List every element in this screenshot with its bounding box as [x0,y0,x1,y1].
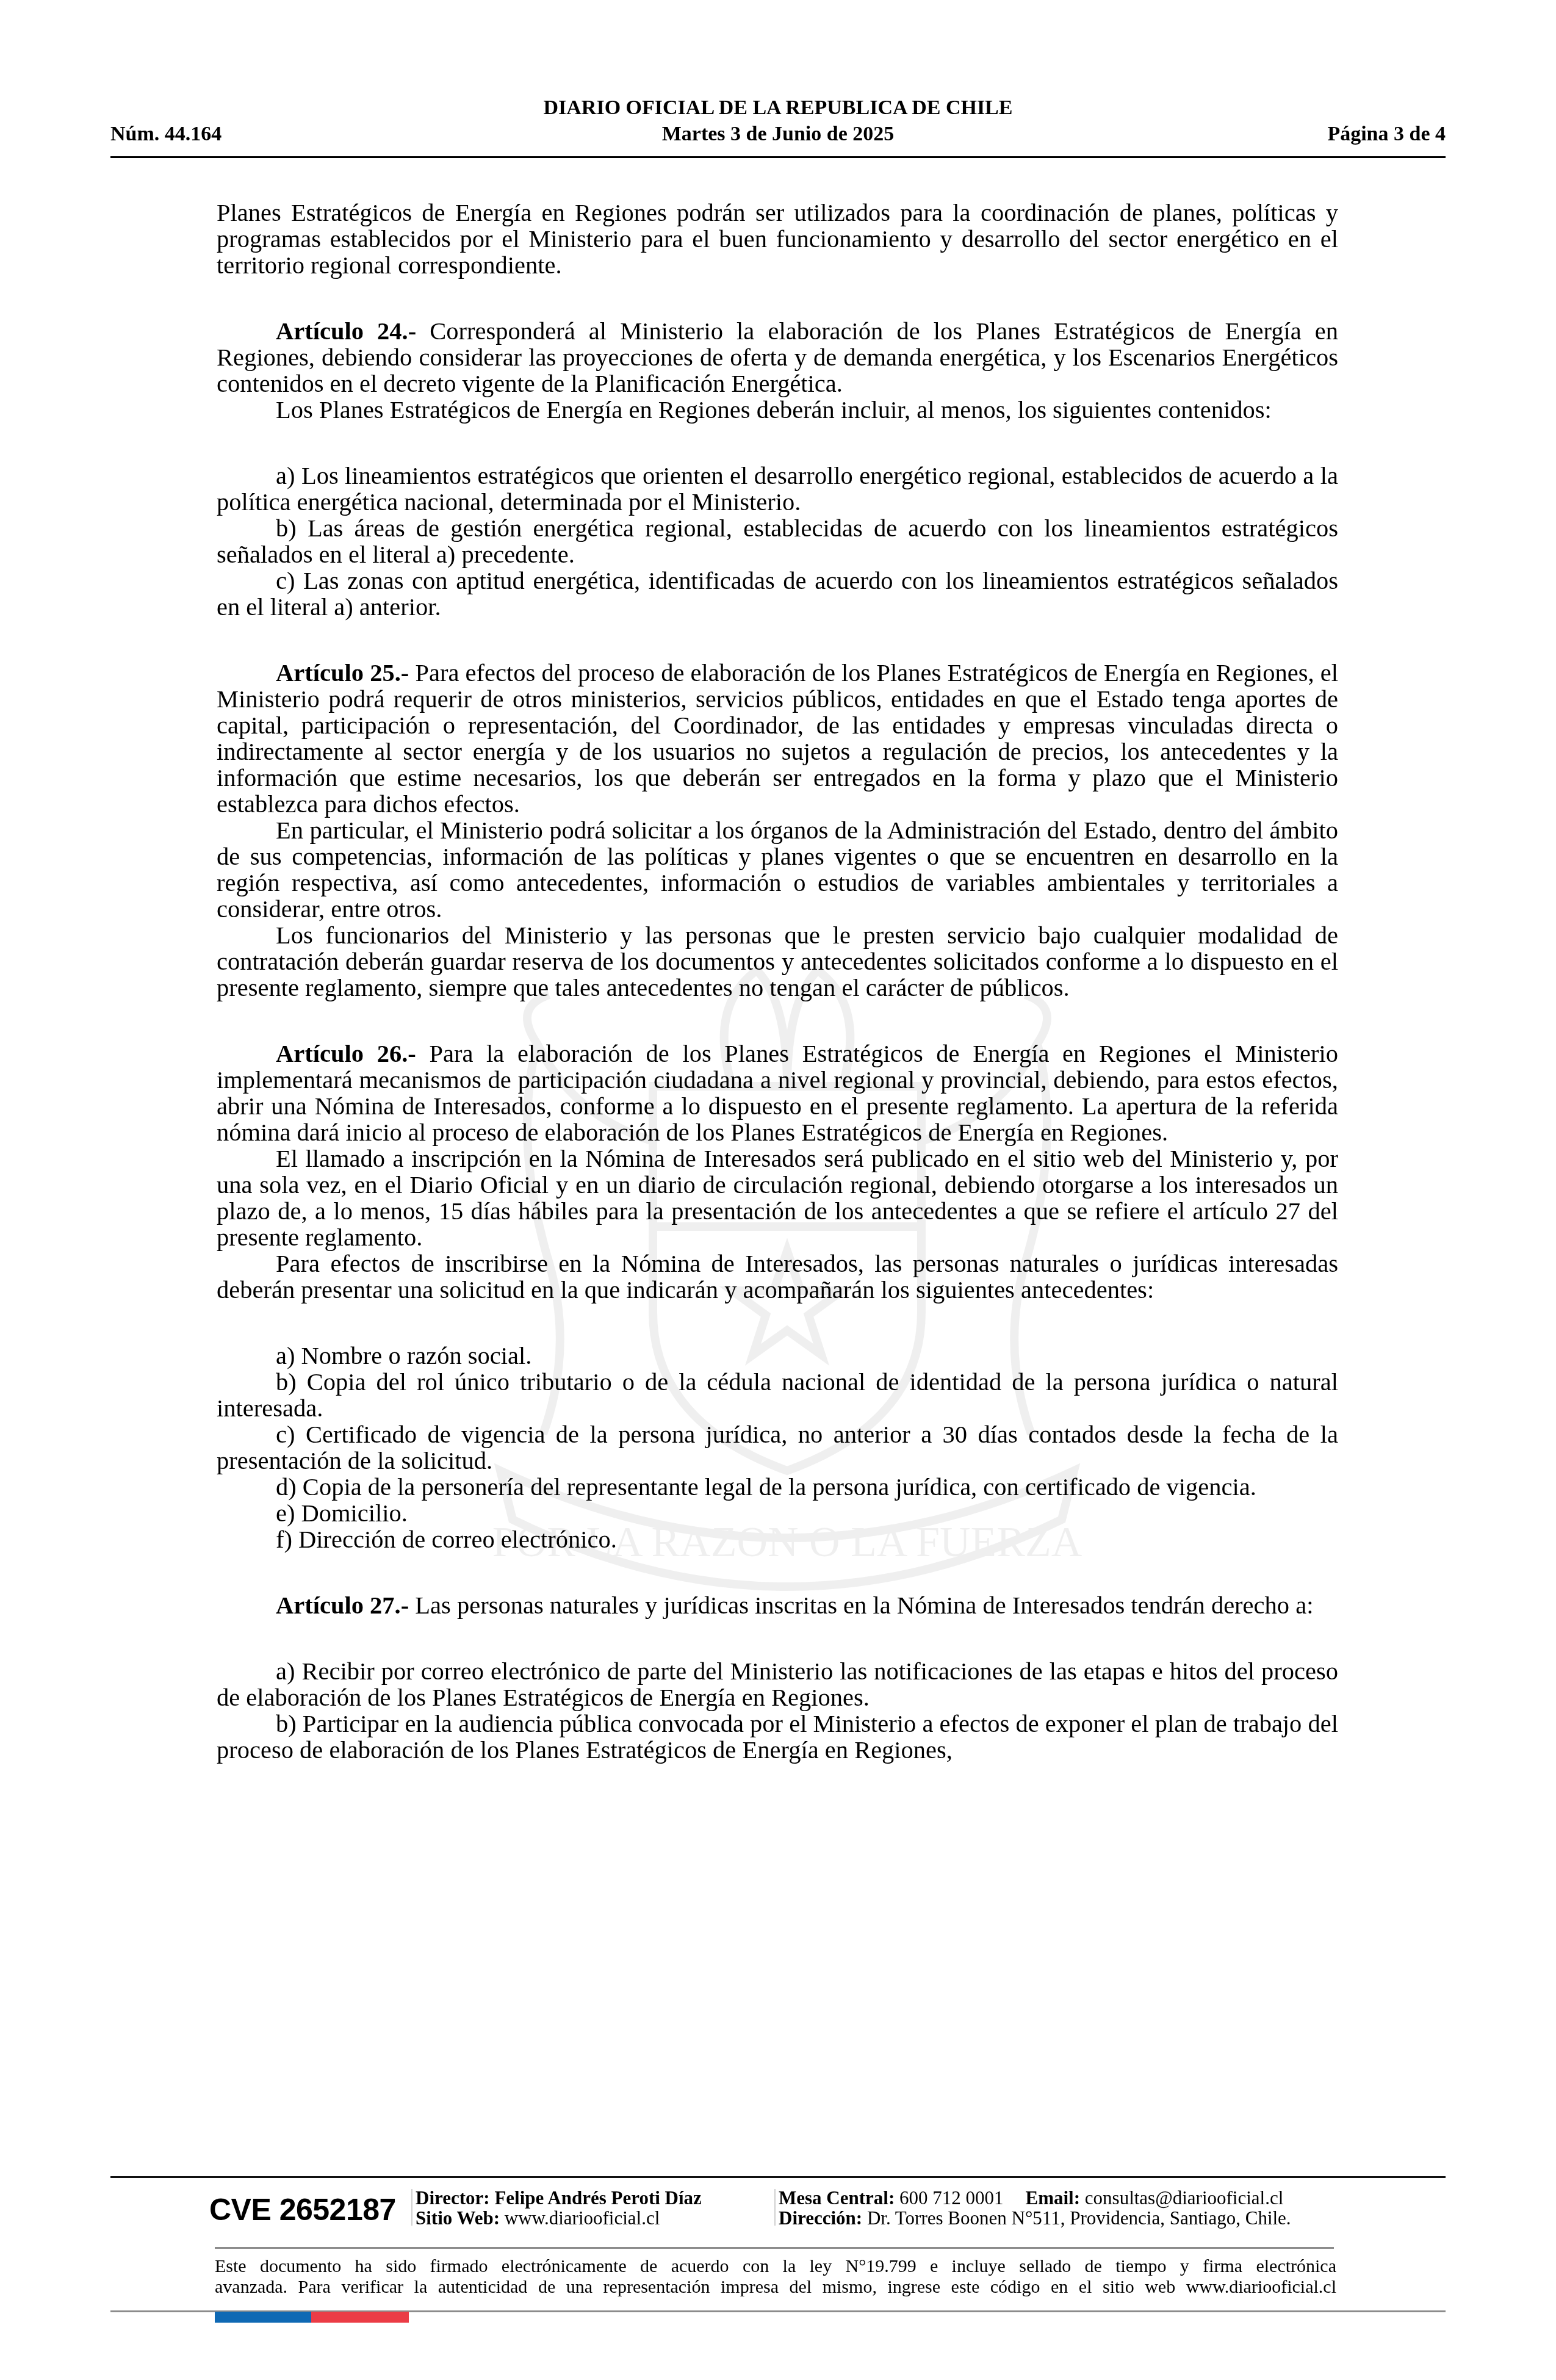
email-link[interactable]: consultas@diariooficial.cl [1080,2187,1283,2209]
article-26-item-d: d) Copia de la personería del representa… [217,1474,1338,1500]
article-24: Artículo 24.- Corresponderá al Ministeri… [217,318,1338,397]
paragraph-gap [217,278,1338,318]
article-26-paragraph-3: Para efectos de inscribirse en la Nómina… [217,1250,1338,1303]
article-24-item-c: c) Las zonas con aptitud energética, ide… [217,568,1338,620]
paragraph-gap [217,620,1338,660]
article-25-heading: Artículo 25.- [276,659,409,687]
article-24-item-a: a) Los lineamientos estratégicos que ori… [217,463,1338,515]
footer-divider-middle [215,2247,1334,2249]
email-label: Email: [1026,2187,1081,2209]
paragraph-gap [217,1303,1338,1343]
footer-director-block: Director: Felipe Andrés Peroti Díaz Siti… [416,2188,702,2228]
address-label: Dirección: [779,2207,862,2229]
article-26-item-b: b) Copia del rol único tributario o de l… [217,1369,1338,1421]
page-indicator: Página 3 de 4 [1327,122,1446,146]
newspaper-title: DIARIO OFICIAL DE LA REPUBLICA DE CHILE [0,96,1556,120]
flag-stripe-red-icon [311,2312,409,2323]
article-26-item-c: c) Certificado de vigencia de la persona… [217,1421,1338,1474]
director-name: Felipe Andrés Peroti Díaz [490,2187,702,2209]
phone-label: Mesa Central: [779,2187,895,2209]
article-26-item-a: a) Nombre o razón social. [217,1343,1338,1369]
article-24-paragraph-2: Los Planes Estratégicos de Energía en Re… [217,397,1338,423]
legal-line-2: avanzada. Para verificar la autenticidad… [215,2277,1336,2298]
website-link[interactable]: www.diariooficial.cl [500,2207,660,2229]
address-value: Dr. Torres Boonen N°511, Providencia, Sa… [862,2207,1291,2229]
article-25: Artículo 25.- Para efectos del proceso d… [217,660,1338,817]
cve-code: CVE 2652187 [209,2193,396,2227]
paragraph-gap [217,1001,1338,1040]
article-27-text: Las personas naturales y jurídicas inscr… [409,1592,1313,1619]
address-line: Dirección: Dr. Torres Boonen N°511, Prov… [779,2208,1291,2228]
article-26: Artículo 26.- Para la elaboración de los… [217,1040,1338,1145]
footer-divider-top [110,2176,1446,2178]
publication-date: Martes 3 de Junio de 2025 [0,122,1556,146]
paragraph-gap [217,1618,1338,1658]
article-27-item-b: b) Participar en la audiencia pública co… [217,1711,1338,1763]
article-25-paragraph-2: En particular, el Ministerio podrá solic… [217,817,1338,922]
director-label: Director: [416,2187,490,2209]
footer-contact-block: Mesa Central: 600 712 0001Email: consult… [779,2188,1291,2228]
contact-line: Mesa Central: 600 712 0001Email: consult… [779,2188,1291,2208]
paragraph-gap [217,1552,1338,1592]
article-26-item-f: f) Dirección de correo electrónico. [217,1526,1338,1552]
paragraph-gap [217,423,1338,463]
article-26-paragraph-2: El llamado a inscripción en la Nómina de… [217,1145,1338,1250]
header-divider [110,156,1446,158]
phone-number: 600 712 0001 [895,2187,1003,2209]
website-label: Sitio Web: [416,2207,500,2229]
intro-paragraph: Planes Estratégicos de Energía en Region… [217,200,1338,278]
director-line: Director: Felipe Andrés Peroti Díaz [416,2188,702,2208]
legal-line-1: Este documento ha sido firmado electróni… [215,2256,1336,2277]
article-24-item-b: b) Las áreas de gestión energética regio… [217,515,1338,568]
document-body: Planes Estratégicos de Energía en Region… [217,200,1338,1763]
article-27-item-a: a) Recibir por correo electrónico de par… [217,1658,1338,1711]
article-24-heading: Artículo 24.- [276,317,416,345]
electronic-signature-notice: Este documento ha sido firmado electróni… [215,2256,1336,2298]
footer-separator [411,2189,412,2226]
footer-separator [774,2189,776,2226]
article-26-heading: Artículo 26.- [276,1040,416,1067]
website-line: Sitio Web: www.diariooficial.cl [416,2208,702,2228]
article-27-heading: Artículo 27.- [276,1592,409,1619]
article-26-item-e: e) Domicilio. [217,1500,1338,1526]
flag-stripe-blue-icon [215,2312,311,2323]
article-27: Artículo 27.- Las personas naturales y j… [217,1592,1338,1618]
article-25-paragraph-3: Los funcionarios del Ministerio y las pe… [217,922,1338,1001]
